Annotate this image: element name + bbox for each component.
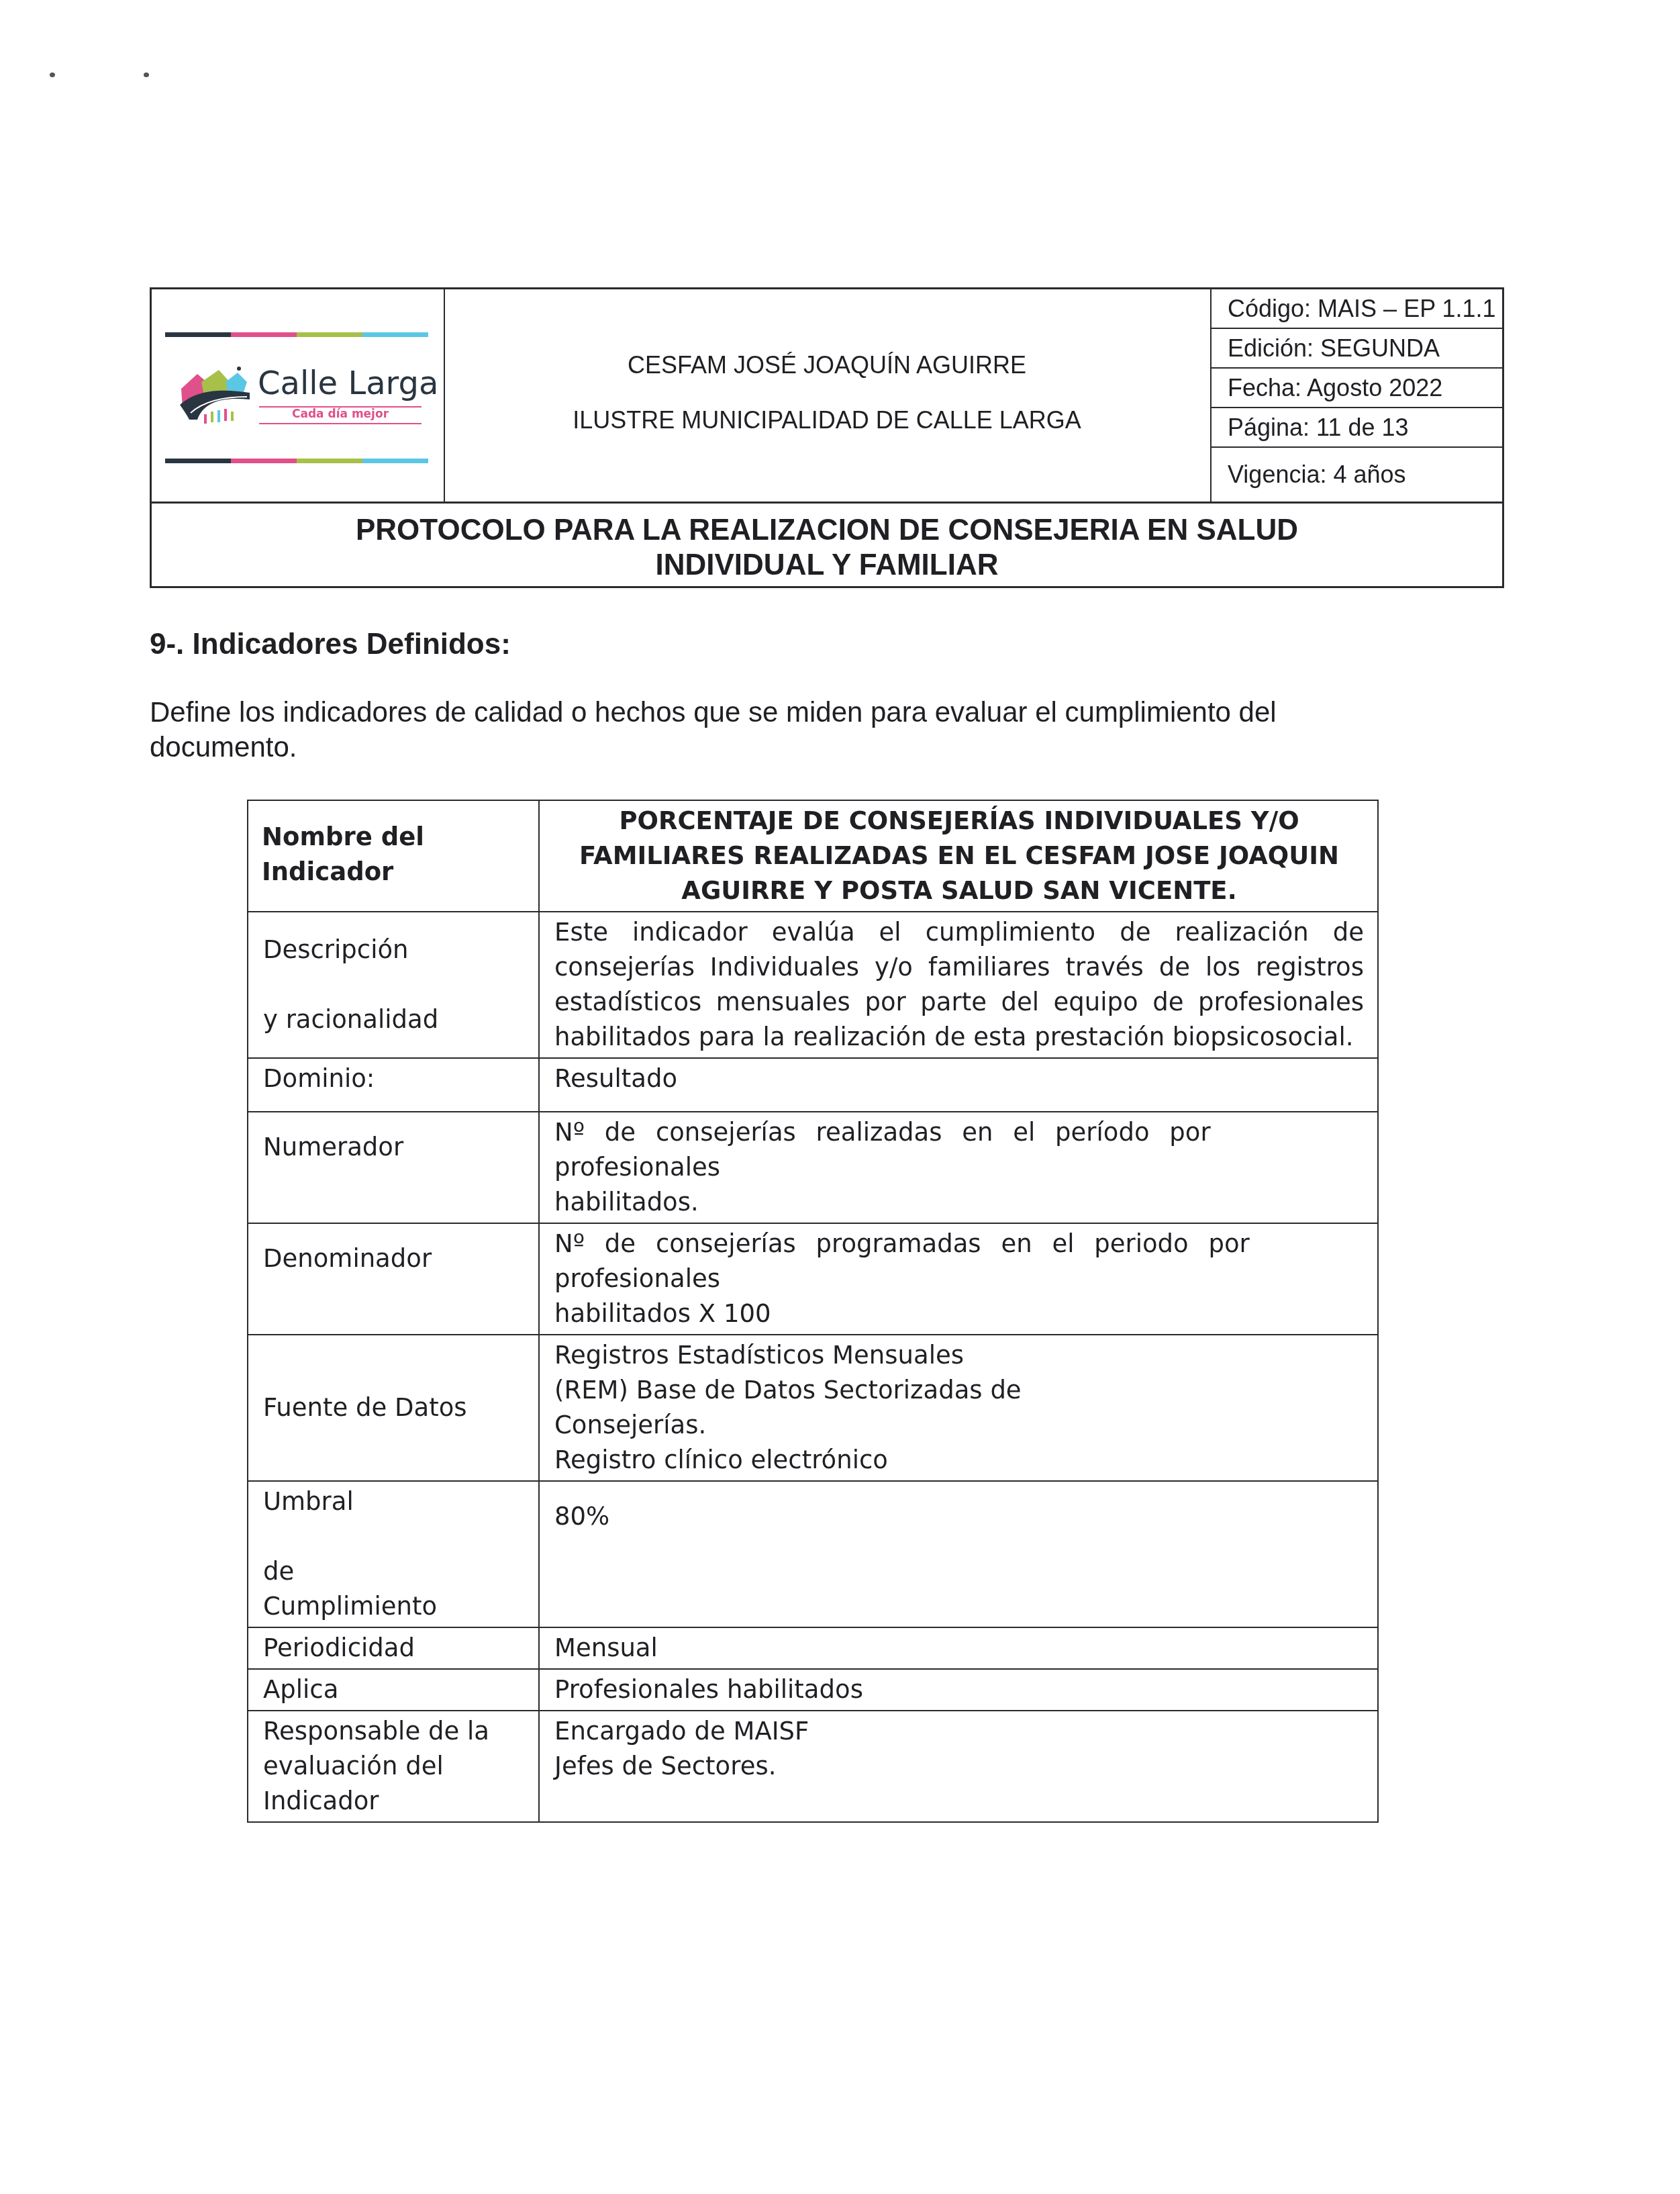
indicator-value: Resultado — [539, 1058, 1378, 1112]
meta-pagina: Página: 11 de 13 — [1210, 408, 1502, 448]
value-line: Encargado de MAISF — [554, 1714, 1364, 1749]
label-line: Aplica — [263, 1672, 525, 1707]
value-line: 80% — [554, 1499, 1364, 1534]
table-row: Responsable de laevaluación delIndicador… — [248, 1711, 1378, 1822]
indicator-label: Denominador — [248, 1223, 539, 1335]
meta-edicion: Edición: SEGUNDA — [1210, 329, 1502, 369]
indicator-label: Fuente de Datos — [248, 1335, 539, 1481]
logo-cell: Calle Larga Cada día mejor — [152, 289, 445, 502]
value-line: profesionales — [554, 1150, 1364, 1185]
value-line: Nº de consejerías realizadas en el perío… — [554, 1115, 1364, 1150]
value-line: PORCENTAJE DE CONSEJERÍAS INDIVIDUALES Y… — [554, 804, 1364, 839]
value-line: AGUIRRE Y POSTA SALUD SAN VICENTE. — [554, 873, 1364, 908]
value-line: Resultado — [554, 1061, 1364, 1096]
stripe-segment — [362, 332, 428, 337]
section-description: Define los indicadores de calidad o hech… — [150, 695, 1405, 765]
meta-codigo: Código: MAIS – EP 1.1.1 — [1210, 289, 1502, 329]
indicator-value: Nº de consejerías realizadas en el perío… — [539, 1112, 1378, 1223]
logo-mountains-icon — [177, 362, 258, 429]
table-row: UmbraldeCumplimiento80% — [248, 1481, 1378, 1627]
table-row: Dominio:Resultado — [248, 1058, 1378, 1112]
value-line: Nº de consejerías programadas en el peri… — [554, 1227, 1364, 1261]
stripe-segment — [231, 459, 297, 463]
label-line: Nombre del Indicador — [262, 820, 536, 890]
label-line: Fuente de Datos — [263, 1390, 525, 1425]
value-line: Registro clínico electrónico — [554, 1443, 1364, 1478]
label-line: de — [263, 1554, 525, 1589]
label-line: Periodicidad — [263, 1631, 525, 1666]
institution-cell: CESFAM JOSÉ JOAQUÍN AGUIRRE ILUSTRE MUNI… — [444, 289, 1212, 502]
logo-divider-bottom — [259, 423, 422, 424]
indicator-value: Mensual — [539, 1627, 1378, 1669]
table-row: DenominadorNº de consejerías programadas… — [248, 1223, 1378, 1335]
indicator-value: Registros Estadísticos Mensuales(REM) Ba… — [539, 1335, 1378, 1481]
value-line: (REM) Base de Datos Sectorizadas de — [554, 1373, 1364, 1408]
table-row: AplicaProfesionales habilitados — [248, 1669, 1378, 1711]
document-title: PROTOCOLO PARA LA REALIZACION DE CONSEJE… — [152, 502, 1502, 586]
indicator-value: PORCENTAJE DE CONSEJERÍAS INDIVIDUALES Y… — [539, 800, 1378, 912]
value-line: habilitados X 100 — [554, 1296, 1364, 1331]
indicator-value: Nº de consejerías programadas en el peri… — [539, 1223, 1378, 1335]
stripe-segment — [362, 459, 428, 463]
value-line: Mensual — [554, 1631, 1364, 1666]
label-line: y racionalidad — [263, 1002, 525, 1037]
section-title: 9-. Indicadores Definidos: — [150, 628, 511, 661]
meta-fecha: Fecha: Agosto 2022 — [1210, 369, 1502, 408]
logo-stripe-top — [165, 332, 428, 337]
label-line: Umbral — [263, 1484, 525, 1519]
document-title-line2: INDIVIDUAL Y FAMILIAR — [152, 548, 1502, 583]
logo-name: Calle Larga — [258, 365, 438, 402]
label-line: Indicador — [263, 1784, 525, 1819]
stripe-segment — [297, 332, 362, 337]
value-line: profesionales — [554, 1261, 1364, 1296]
indicator-label: Aplica — [248, 1669, 539, 1711]
logo: Calle Larga Cada día mejor — [177, 356, 432, 430]
stripe-segment — [231, 332, 297, 337]
indicator-label: Responsable de laevaluación delIndicador — [248, 1711, 539, 1822]
label-line: evaluación del — [263, 1749, 525, 1784]
value-line: Este indicador evalúa el cumplimiento de… — [554, 915, 1364, 1055]
indicator-value: Encargado de MAISFJefes de Sectores. — [539, 1711, 1378, 1822]
indicator-value: Profesionales habilitados — [539, 1669, 1378, 1711]
stripe-segment — [165, 332, 231, 337]
document-meta: Código: MAIS – EP 1.1.1 Edición: SEGUNDA… — [1210, 289, 1502, 502]
indicator-table: Nombre del IndicadorPORCENTAJE DE CONSEJ… — [247, 800, 1379, 1823]
stripe-segment — [165, 459, 231, 463]
value-line: FAMILIARES REALIZADAS EN EL CESFAM JOSE … — [554, 839, 1364, 873]
label-line: Dominio: — [263, 1061, 525, 1096]
value-line: Profesionales habilitados — [554, 1672, 1364, 1707]
table-row: Fuente de DatosRegistros Estadísticos Me… — [248, 1335, 1378, 1481]
table-row: Descripcióny racionalidadEste indicador … — [248, 912, 1378, 1058]
table-row: PeriodicidadMensual — [248, 1627, 1378, 1669]
label-line: Numerador — [263, 1130, 525, 1165]
indicator-label: Nombre del Indicador — [248, 800, 539, 912]
document-title-line1: PROTOCOLO PARA LA REALIZACION DE CONSEJE… — [152, 513, 1502, 548]
indicator-value: Este indicador evalúa el cumplimiento de… — [539, 912, 1378, 1058]
scan-speck — [144, 73, 149, 77]
indicator-label: Descripcióny racionalidad — [248, 912, 539, 1058]
indicator-label: Numerador — [248, 1112, 539, 1223]
meta-vigencia: Vigencia: 4 años — [1210, 448, 1502, 502]
value-line: Jefes de Sectores. — [554, 1749, 1364, 1784]
label-line: Cumplimiento — [263, 1589, 525, 1624]
document-header: Calle Larga Cada día mejor CESFAM JOSÉ J… — [150, 287, 1504, 588]
table-row: NumeradorNº de consejerías realizadas en… — [248, 1112, 1378, 1223]
logo-stripe-bottom — [165, 459, 428, 463]
indicator-label: UmbraldeCumplimiento — [248, 1481, 539, 1627]
stripe-segment — [297, 459, 362, 463]
value-line: Consejerías. — [554, 1408, 1364, 1443]
table-row: Nombre del IndicadorPORCENTAJE DE CONSEJ… — [248, 800, 1378, 912]
indicator-label: Periodicidad — [248, 1627, 539, 1669]
municipality-name: ILUSTRE MUNICIPALIDAD DE CALLE LARGA — [444, 406, 1210, 434]
value-line: Registros Estadísticos Mensuales — [554, 1338, 1364, 1373]
logo-tagline: Cada día mejor — [259, 408, 422, 421]
label-line: Responsable de la — [263, 1714, 525, 1749]
label-line: Descripción — [263, 933, 525, 967]
indicator-label: Dominio: — [248, 1058, 539, 1112]
indicator-value: 80% — [539, 1481, 1378, 1627]
institution-name: CESFAM JOSÉ JOAQUÍN AGUIRRE — [444, 351, 1210, 379]
scan-speck — [50, 73, 55, 77]
label-line: Denominador — [263, 1241, 525, 1276]
value-line: habilitados. — [554, 1185, 1364, 1220]
